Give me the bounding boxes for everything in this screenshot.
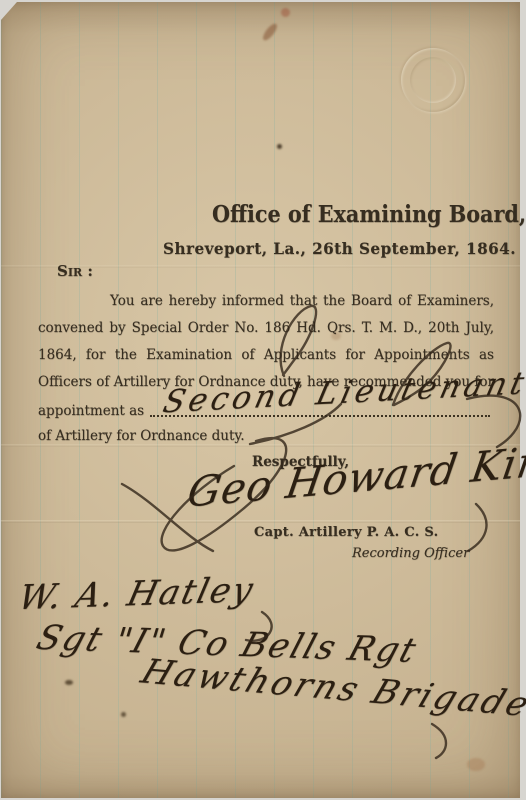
paper-stain (121, 712, 126, 717)
fold-crease (1, 520, 520, 523)
paper-stain (277, 144, 282, 149)
handwritten-recipient-name: W. A. Hatley (15, 570, 259, 619)
paper-stain (261, 22, 280, 43)
signer-title: Capt. Artillery P. A. C. S. (254, 525, 438, 540)
body-line: You are hereby informed that the Board o… (110, 293, 494, 309)
paper-stain (467, 758, 485, 771)
dateline: Shreveport, La., 26th September, 1864. (163, 239, 516, 258)
embossed-seal-inner-ring (410, 57, 456, 103)
body-line: 1864, for the Examination of Applicants … (38, 347, 494, 363)
body-line5-prefix: appointment as (38, 403, 144, 419)
body-line: of Artillery for Ordnance duty. (38, 428, 494, 444)
paper-stain (65, 680, 73, 685)
scanned-document: Office of Examining Board, Shreveport, L… (0, 0, 526, 800)
letterhead-title: Office of Examining Board, (212, 201, 526, 228)
body-line: convened by Special Order No. 186 Hd. Qr… (38, 320, 494, 336)
embossed-seal (401, 48, 465, 112)
paper-stain (281, 8, 290, 17)
signer-role: Recording Officer (352, 546, 469, 561)
salutation: Sir : (57, 262, 93, 280)
